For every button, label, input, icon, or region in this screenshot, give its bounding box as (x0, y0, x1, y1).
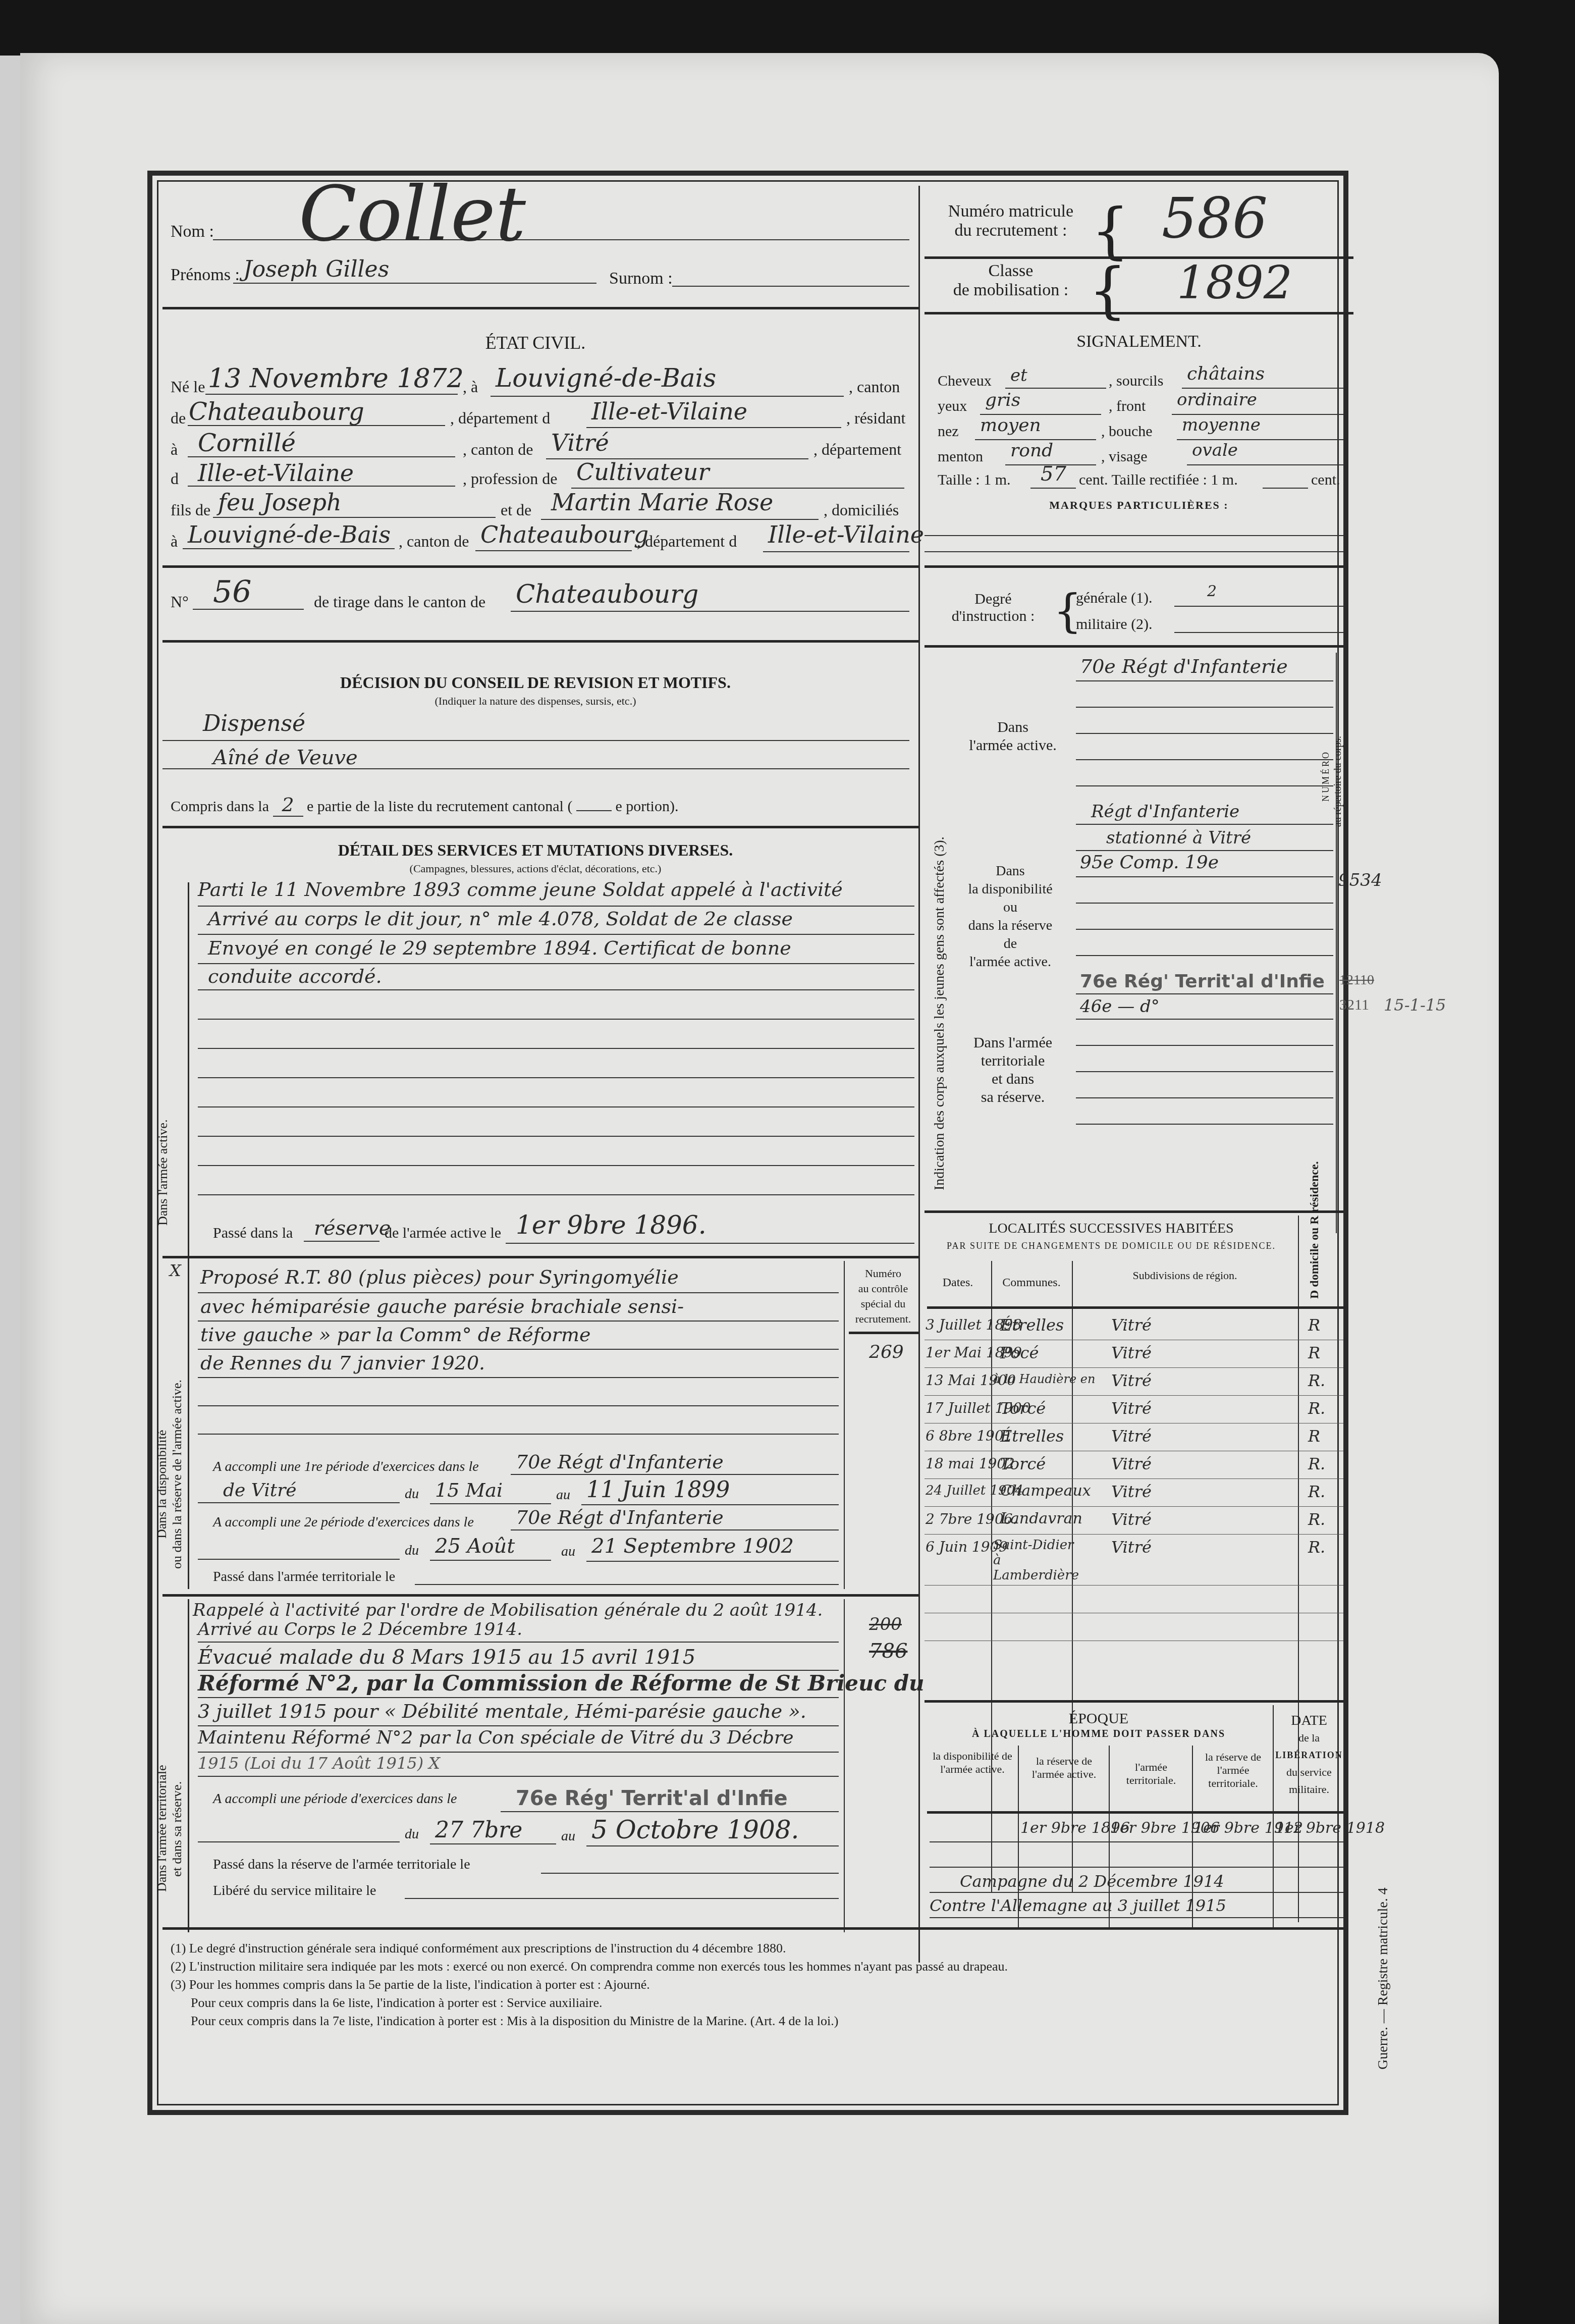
mere: Martin Marie Rose (551, 489, 773, 516)
dispo-line-2: avec hémiparésie gauche parésie brachial… (200, 1295, 684, 1317)
yeux: gris (985, 390, 1020, 410)
rule (1174, 606, 1343, 607)
section-label-disponibilite: Dans la disponibilité (154, 1430, 170, 1539)
rule (930, 1892, 1343, 1893)
rule (198, 1697, 839, 1698)
tirage-no: 56 (213, 574, 251, 610)
register-footer: Guerre. — Registre matricule. 4 (1375, 1887, 1391, 2070)
nez-label: nez (938, 423, 959, 440)
rule (581, 1504, 839, 1505)
rule (198, 989, 914, 990)
numero-controle-label: Numéro au contrôle spécial du recrutemen… (848, 1266, 918, 1327)
au-label: au (561, 1828, 575, 1844)
rule (586, 1561, 839, 1562)
row-subdivision: Vitré (1111, 1510, 1152, 1529)
rule (1076, 1019, 1333, 1020)
bouche: moyenne (1182, 415, 1261, 435)
rule (198, 1377, 839, 1378)
residence-departement: Ille-et-Vilaine (198, 459, 354, 487)
row-dr: R. (1308, 1454, 1325, 1473)
rule (205, 394, 458, 395)
domicile-departement: Ille-et-Vilaine (768, 521, 924, 548)
domicile: Louvigné-de-Bais (188, 521, 391, 548)
column-rule (844, 1599, 845, 1932)
corps-territoriale-stamp: 76e Rég' Territ'al d'Infie (1080, 971, 1325, 992)
table-row: 6 Juin 1909 Saint-Didier à Lamberdière V… (925, 1535, 1343, 1586)
footnote-3: (3) Pour les hommes compris dans la 5e p… (171, 1976, 1008, 1994)
classe-value: 1892 (1177, 256, 1292, 309)
rule (1174, 632, 1343, 633)
table-row: 1er Mai 1899 Pocé Vitré R (925, 1340, 1343, 1368)
rule (925, 535, 1343, 536)
footnote-3b: Pour ceux compris dans la 6e liste, l'in… (171, 1994, 1008, 2012)
domicilies-label: , domiciliés (824, 501, 899, 519)
passe-reserve-terr-label: Passé dans la réserve de l'armée territo… (213, 1857, 470, 1873)
militaire-label: militaire (2). (1076, 616, 1153, 633)
du-label: du (405, 1486, 419, 1502)
rule (188, 425, 445, 426)
campagne-line-1: Campagne du 2 Décembre 1914 (960, 1872, 1224, 1891)
footnote-2: (2) L'instruction militaire sera indiqué… (171, 1958, 1008, 1976)
prenoms-label: Prénoms : (171, 266, 240, 285)
rule (198, 1106, 914, 1107)
departement-naissance: Ille-et-Vilaine (591, 398, 747, 425)
epoque-col-reserve-territoriale: la réserve de l'armée territoriale. (1193, 1751, 1273, 1790)
surnom-line (672, 286, 909, 287)
row-dr: R. (1308, 1538, 1325, 1557)
date-naissance: 13 Novembre 1872 (208, 363, 464, 394)
de-label: de (171, 409, 186, 428)
rule (930, 1917, 1343, 1918)
localites-col-dates: Dates. (925, 1276, 991, 1290)
rule (198, 1405, 839, 1406)
corps-disponibilite-label: Dans la disponibilité ou dans la réserve… (955, 862, 1066, 971)
rule (198, 1194, 914, 1195)
a-label: à (171, 532, 178, 551)
rule (198, 963, 914, 964)
residant-label: , résidant (846, 409, 905, 428)
rule (511, 1474, 839, 1475)
footnote-3c: Pour ceux compris dans la 7e liste, l'in… (171, 2012, 1008, 2030)
cent-label: cent. Taille rectifiée : 1 m. (1079, 471, 1238, 489)
service-line-3: Envoyé en congé le 29 septembre 1894. Ce… (208, 937, 791, 959)
decision-line-1: Dispensé (203, 711, 305, 736)
tirage-no-label: N° (171, 593, 189, 611)
detail-title: DÉTAIL DES SERVICES ET MUTATIONS DIVERSE… (152, 841, 918, 860)
periode1-au: 11 Juin 1899 (586, 1477, 730, 1503)
campagne-line-2: Contre l'Allemagne au 3 juillet 1915 (930, 1896, 1226, 1915)
footnote-1: (1) Le degré d'instruction générale sera… (171, 1939, 1008, 1958)
localites-col-dr: D domicile ou R résidence. (1308, 1161, 1322, 1299)
terr-line-3: Évacué malade du 8 Mars 1915 au 15 avril… (198, 1646, 695, 1669)
rule (198, 1321, 839, 1322)
rule (162, 740, 909, 741)
rule (1076, 1071, 1333, 1072)
row-date: 6 8bre 1901 (926, 1428, 1013, 1444)
row-commune: Champeaux (1000, 1482, 1091, 1500)
section-rule (188, 1599, 189, 1932)
periode1-label: A accompli une 1re période d'exercices d… (213, 1459, 479, 1475)
corps-active-label: Dansl'armée active. (960, 718, 1066, 755)
service-line-2: Arrivé au corps le dit jour, n° mle 4.07… (208, 908, 793, 930)
periode-terr-label: A accompli une période d'exercices dans … (213, 1791, 457, 1807)
canton-naissance: Chateaubourg (189, 398, 364, 426)
rule (475, 550, 632, 551)
periode-terr-du: 27 7bre (435, 1817, 522, 1843)
partie-value: 2 (273, 794, 303, 817)
rule (198, 1752, 839, 1753)
rule (430, 1560, 551, 1561)
rule (415, 1584, 839, 1585)
table-row: 24 Juillet 1904 Champeaux Vitré R. (925, 1479, 1343, 1507)
canton-label: , canton (849, 378, 900, 396)
section-rule (188, 1261, 189, 1589)
decision-title: DÉCISION DU CONSEIL DE REVISION ET MOTIF… (152, 673, 918, 692)
rule (183, 548, 395, 549)
rule (162, 768, 909, 769)
rule (849, 1332, 918, 1334)
cheveux-label: Cheveux (938, 373, 992, 390)
row-subdivision: Vitré (1111, 1427, 1152, 1446)
lieu-naissance: Louvigné-de-Bais (496, 363, 716, 393)
taille-label: Taille : 1 m. (938, 471, 1011, 489)
table-row: 3 Juillet 1898 Étrelles Vitré R (925, 1312, 1343, 1340)
prenoms-line (233, 283, 596, 284)
rule (925, 565, 1343, 568)
corps-dispo-numero: 9534 (1338, 870, 1382, 890)
rule (1076, 850, 1333, 851)
et-de-label: et de (501, 501, 531, 519)
periode1-corps: 70e Régt d'Infanterie (516, 1451, 724, 1473)
rule (1076, 1045, 1333, 1046)
corps-dispo-entry-2: stationné à Vitré (1106, 828, 1251, 848)
rule (586, 1845, 839, 1846)
rule (188, 486, 455, 487)
rule (1076, 1097, 1333, 1098)
passe-reserve-value: réserve (314, 1217, 391, 1240)
dispo-line-3: tive gauche » par la Comm° de Réforme (200, 1324, 590, 1346)
section-label-territoriale: Dans l'armée territoriale (154, 1765, 170, 1892)
rule (198, 1077, 914, 1078)
terr-line-2: Arrivé au Corps le 2 Décembre 1914. (198, 1619, 522, 1640)
corps-territoriale-date: 15-1-15 (1384, 995, 1446, 1015)
cent-label-2: cent. (1311, 471, 1340, 489)
residence-canton: Vitré (551, 429, 609, 456)
row-commune: Landavran (1000, 1510, 1082, 1527)
rule (162, 1927, 1343, 1930)
rule (1076, 707, 1333, 708)
bouche-label: , bouche (1101, 423, 1153, 440)
rule (1076, 785, 1333, 786)
periode2-corps: 70e Régt d'Infanterie (516, 1506, 724, 1528)
nom-value: Collet (299, 171, 526, 258)
passe-reserve-label: Passé dans la (213, 1225, 293, 1242)
generale-value: 2 (1207, 583, 1217, 600)
localites-col-subdivisions: Subdivisions de région. (1072, 1269, 1298, 1282)
rule (198, 1434, 839, 1435)
rule (1076, 929, 1333, 930)
profession-label: , profession de (463, 469, 558, 488)
localites-rows: 3 Juillet 1898 Étrelles Vitré R 1er Mai … (925, 1312, 1343, 1641)
rule (1030, 488, 1076, 489)
classe-label: Classede mobilisation : (938, 261, 1084, 300)
rule (541, 519, 819, 520)
visage-label: , visage (1101, 448, 1148, 465)
numero-matricule-label: Numéro matriculedu recrutement : (938, 202, 1084, 240)
rule (1076, 903, 1333, 904)
pere: feu Joseph (218, 489, 342, 516)
rule (511, 1529, 839, 1530)
rule (925, 1210, 1343, 1213)
canton-label: , canton de (399, 532, 469, 551)
epoque-col-reserve-active: la réserve de l'armée active. (1019, 1755, 1109, 1781)
identity-rule (162, 307, 918, 309)
au-label: au (556, 1487, 570, 1503)
rule (927, 1306, 1346, 1309)
rule (925, 645, 1343, 648)
rule (162, 640, 918, 643)
a-label: , à (463, 378, 478, 396)
brace: { (1089, 255, 1127, 326)
rule (430, 1503, 551, 1504)
localites-subtitle: PAR SUITE DE CHANGEMENTS DE DOMICILE OU … (925, 1241, 1298, 1251)
row-dr: R. (1308, 1482, 1325, 1501)
visage: ovale (1192, 440, 1238, 460)
periode-terr-au: 5 Octobre 1908. (591, 1815, 799, 1844)
numero-controle: 269 (869, 1342, 904, 1362)
surnom-label: Surnom : (609, 269, 673, 288)
rule (198, 1019, 914, 1020)
a-label: à (171, 440, 178, 459)
profession: Cultivateur (576, 458, 709, 486)
rule (1076, 1124, 1333, 1125)
departement-label: , département d (637, 532, 737, 551)
service-line-1: Parti le 11 Novembre 1893 comme jeune So… (198, 878, 843, 901)
periode2-au: 21 Septembre 1902 (591, 1535, 794, 1558)
periode2-du: 25 Août (435, 1535, 515, 1558)
row-subdivision: Vitré (1111, 1538, 1152, 1557)
rule (198, 1048, 914, 1049)
rule (1076, 824, 1333, 825)
localites-title: LOCALITÉS SUCCESSIVES HABITÉES (925, 1221, 1298, 1237)
rule (162, 1256, 918, 1258)
liberation-title: DATE de la LIBÉRATION du service militai… (1274, 1712, 1344, 1798)
rule (506, 1243, 914, 1244)
dispo-line-1: Proposé R.T. 80 (plus pièces) pour Syrin… (200, 1266, 679, 1288)
table-row (925, 1613, 1343, 1641)
rule (586, 427, 841, 428)
column-rule (844, 1261, 845, 1589)
corps-territoriale-label: Dans l'armée territoriale et dans sa rés… (960, 1034, 1066, 1106)
fils-de-label: fils de (171, 501, 210, 519)
rule (198, 1165, 914, 1166)
terr-line-7: 1915 (Loi du 17 Août 1915) X (198, 1754, 440, 1773)
sourcils-label: , sourcils (1109, 373, 1163, 390)
departement-label: , département (813, 440, 901, 459)
rule (511, 611, 909, 612)
classe-rule (925, 312, 1353, 314)
localites-col-communes: Communes. (991, 1276, 1072, 1290)
decision-line-2: Aîné de Veuve (213, 746, 358, 769)
nez: moyen (980, 415, 1041, 436)
rule (925, 551, 1343, 552)
passe-reserve-date: 1er 9bre 1896. (516, 1210, 707, 1240)
domicile-canton: Chateaubourg (480, 521, 648, 548)
libere-label: Libéré du service militaire le (213, 1883, 376, 1899)
numero-repertoire-label: NUMÉRO (1321, 750, 1331, 802)
row-commune: Torcé (1000, 1454, 1046, 1473)
cheveux: et (1010, 365, 1027, 386)
rule (304, 1241, 379, 1242)
dispo-line-4: de Rennes du 7 janvier 1920. (200, 1352, 485, 1374)
rule (1263, 488, 1308, 489)
rule (1076, 733, 1333, 734)
footnotes: (1) Le degré d'instruction générale sera… (171, 1939, 1008, 2030)
rule (198, 1642, 839, 1643)
rule (198, 1502, 400, 1503)
generale-label: générale (1). (1076, 590, 1153, 607)
numero-struck: 200 (869, 1614, 902, 1634)
row-dr: R (1308, 1427, 1320, 1446)
menton-label: menton (938, 448, 983, 465)
rule (1076, 955, 1333, 956)
marques-title: MARQUES PARTICULIÈRES : (925, 499, 1353, 512)
row-subdivision: Vitré (1111, 1371, 1152, 1390)
numero-repertoire-label-2: au répertoire du corps. (1332, 736, 1344, 827)
epoque-title: ÉPOQUE (925, 1710, 1273, 1727)
table-row (925, 1586, 1343, 1613)
rule (405, 1898, 839, 1899)
front: ordinaire (1177, 390, 1257, 410)
epoque-col-disponibilite: la disponibilité de l'armée active. (927, 1750, 1018, 1776)
du-label: du (405, 1543, 419, 1559)
matricule-form: Nom : Collet Prénoms : Joseph Gilles Sur… (147, 171, 1348, 2115)
degre-instruction-label: Degréd'instruction : (938, 591, 1049, 625)
detail-subtitle: (Campagnes, blessures, actions d'éclat, … (152, 862, 918, 875)
rule (763, 551, 909, 552)
rule (198, 1292, 839, 1293)
rule (198, 1349, 839, 1350)
corps-affectes-vertical-label: Indication des corps auxquels les jeunes… (932, 836, 948, 1190)
rule (927, 1811, 1343, 1814)
rule (1182, 388, 1343, 389)
terr-line-6: Maintenu Réformé N°2 par la Con spéciale… (198, 1727, 794, 1748)
row-subdivision: Vitré (1111, 1399, 1152, 1418)
rule (198, 1559, 400, 1560)
du-label: du (405, 1826, 419, 1842)
rule (198, 906, 914, 907)
table-row: 2 7bre 1906. Landavran Vitré R. (925, 1507, 1343, 1535)
epoque-col-territoriale: l'armée territoriale. (1110, 1761, 1192, 1787)
row-dr: R. (1308, 1510, 1325, 1529)
rule (162, 565, 918, 568)
nom-label: Nom : (171, 222, 214, 241)
table-row: 17 Juillet 1900 Torcé Vitré R. (925, 1396, 1343, 1423)
row-dr: R. (1308, 1371, 1325, 1390)
rule (198, 1841, 400, 1842)
row-subdivision: Vitré (1111, 1454, 1152, 1473)
au-label: au (561, 1544, 575, 1560)
section-label-territoriale-2: et dans sa réserve. (170, 1781, 185, 1877)
marker-x: X (170, 1261, 181, 1280)
row-subdivision: Vitré (1111, 1343, 1152, 1362)
rule (193, 609, 304, 610)
row-commune: Étrelles (1000, 1427, 1064, 1446)
corps-active-entry: 70e Régt d'Infanterie (1080, 655, 1288, 677)
row-commune: Étrelles (1000, 1315, 1064, 1335)
corps-territoriale-numero-struck: 12110 (1339, 972, 1374, 988)
decision-subtitle: (Indiquer la nature des dispenses, sursi… (152, 695, 918, 708)
section-label-disponibilite-2: ou dans la réserve de l'armée active. (170, 1380, 185, 1569)
table-row: 6 8bre 1901 Étrelles Vitré R (925, 1423, 1343, 1451)
row-commune: Torcé (1000, 1399, 1046, 1418)
prenoms-value: Joseph Gilles (243, 256, 389, 282)
rule (198, 1776, 839, 1777)
terr-line-5: 3 juillet 1915 pour « Débilité mentale, … (198, 1700, 806, 1722)
terr-line-1: Rappelé à l'activité par l'ordre de Mobi… (193, 1600, 823, 1620)
menton: rond (1010, 440, 1053, 461)
rule (162, 826, 918, 828)
row-commune: Pocé (1000, 1343, 1039, 1362)
passe-territoriale-label: Passé dans l'armée territoriale le (213, 1569, 395, 1585)
terr-line-4: Réformé N°2, par la Commission de Réform… (198, 1671, 925, 1696)
rule (1076, 680, 1333, 681)
row-dr: R. (1308, 1399, 1325, 1418)
departement-label: , département d (450, 409, 550, 428)
rule (930, 1841, 1343, 1842)
compris-label: Compris dans la 2 e partie de la liste d… (171, 794, 678, 817)
epoque-subtitle: À LAQUELLE L'HOMME DOIT PASSER DANS (925, 1728, 1273, 1740)
rule (491, 396, 844, 397)
rule (213, 517, 496, 518)
rule (1076, 759, 1333, 760)
periode1-lieu: de Vitré (223, 1480, 297, 1501)
service-line-4: conduite accordé. (208, 965, 382, 987)
ne-le-label: Né le (171, 378, 205, 396)
rule (925, 1700, 1343, 1703)
tirage-label: de tirage dans le canton de (314, 593, 485, 611)
taille-cm: 57 (1041, 462, 1066, 486)
rule (501, 1811, 839, 1812)
residence: Cornillé (198, 429, 296, 457)
tirage-canton: Chateaubourg (516, 579, 698, 609)
front-label: , front (1109, 398, 1146, 415)
row-dr: R (1308, 1343, 1320, 1362)
d-label: d (171, 469, 179, 488)
row-subdivision: Vitré (1111, 1482, 1152, 1501)
periode2-label: A accompli une 2e période d'exercices da… (213, 1514, 474, 1530)
rule (198, 1136, 914, 1137)
periode-terr-stamp: 76e Rég' Territ'al d'Infie (516, 1787, 788, 1810)
row-dr: R (1308, 1315, 1320, 1335)
rule (541, 1873, 839, 1874)
numero: 786 (869, 1640, 907, 1663)
corps-dispo-entry-3: 95e Comp. 19e (1080, 852, 1219, 873)
corps-dispo-entry-1: Régt d'Infanterie (1091, 802, 1239, 822)
armee-active-label: de l'armée active le (385, 1225, 501, 1242)
corps-territoriale-entry: 46e — d° (1080, 996, 1160, 1017)
rule (1076, 993, 1333, 994)
numero-matricule-value: 586 (1162, 186, 1268, 250)
rule (162, 1594, 918, 1597)
table-row: 13 Mai 1900 à la Haudière en Vitré R. (925, 1368, 1343, 1396)
rule (198, 1725, 839, 1726)
rule (430, 1843, 556, 1844)
rule (198, 934, 914, 935)
sourcils: châtains (1187, 363, 1265, 384)
signalement-title: SIGNALEMENT. (925, 332, 1353, 351)
section-label-active: Dans l'armée active. (155, 1120, 171, 1226)
